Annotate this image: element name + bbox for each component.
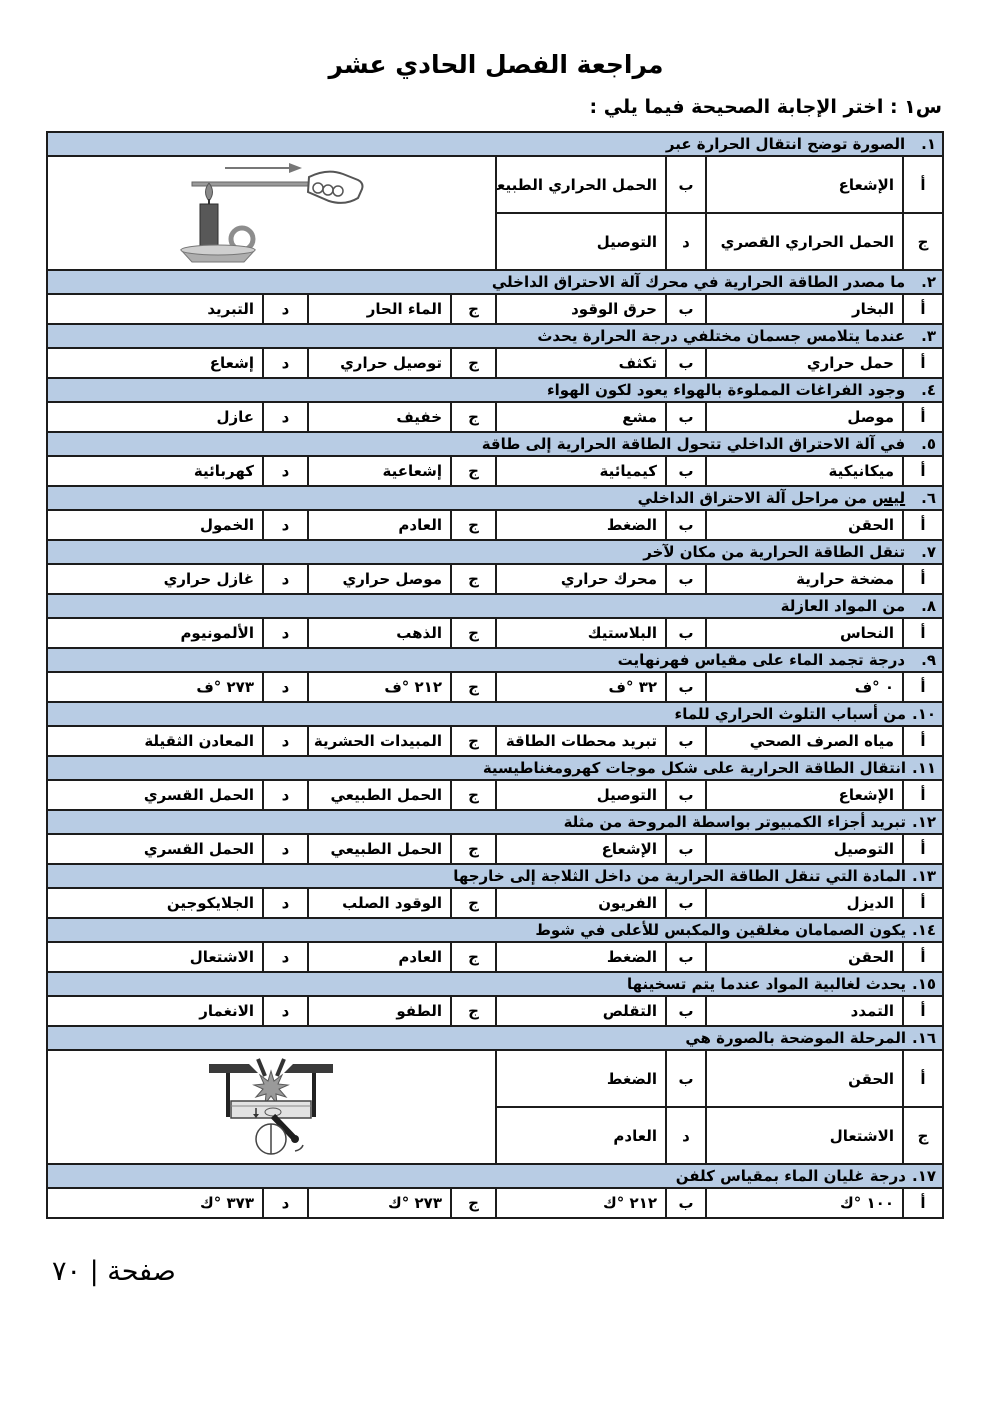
question-text: ما مصدر الطاقة الحرارية في محرك آلة الاح… <box>492 273 905 291</box>
option-text: ٣٧٣ °ك <box>47 1188 263 1218</box>
option-text: المبيدات الحشرية <box>308 726 451 756</box>
option-text: التقلص <box>496 996 666 1026</box>
option-text: الطفو <box>308 996 451 1026</box>
option-text: العادم <box>308 510 451 540</box>
option-text: التوصيل <box>706 834 903 864</box>
options-row: أالتوصيلبالإشعاعجالحمل الطبيعيدالحمل الق… <box>47 834 943 864</box>
option-letter: ب <box>666 888 706 918</box>
question-header-row: ٢.ما مصدر الطاقة الحرارية في محرك آلة ال… <box>47 270 943 294</box>
page-title: مراجعة الفصل الحادي عشر <box>0 50 992 79</box>
option-text: الوقود الصلب <box>308 888 451 918</box>
option-letter: أ <box>903 618 943 648</box>
options-row: أالنحاسبالبلاستيكجالذهبدالألمونيوم <box>47 618 943 648</box>
option-letter: ب <box>666 1050 706 1107</box>
question-header-row: ٨.من المواد العازلة <box>47 594 943 618</box>
option-text: الإشعاع <box>706 156 903 213</box>
question-header: ١٢.تبريد أجزاء الكمبيوتر بواسطة المروحة … <box>47 810 943 834</box>
option-text: الذهب <box>308 618 451 648</box>
question-text: يحدث لغالبية المواد عندما يتم تسخينها <box>627 975 906 993</box>
option-text: الضغط <box>496 510 666 540</box>
option-text: كيميائية <box>496 456 666 486</box>
option-text: ٣٢ °ف <box>496 672 666 702</box>
option-letter: ب <box>666 456 706 486</box>
option-text: العادم <box>308 942 451 972</box>
option-text: ٢١٢ °ك <box>496 1188 666 1218</box>
question-number: ١٣. <box>912 867 936 885</box>
options-row: أالتمددبالتقلصجالطفودالانغمار <box>47 996 943 1026</box>
option-text: البلاستيك <box>496 618 666 648</box>
question-instruction: س١ : اختر الإجابة الصحيحة فيما يلي : <box>590 96 942 118</box>
question-text: في آلة الاحتراق الداخلي تتحول الطاقة الح… <box>482 435 905 453</box>
option-text: ٢١٢ °ف <box>308 672 451 702</box>
option-letter: د <box>263 780 308 810</box>
option-letter: أ <box>903 996 943 1026</box>
option-text: الحمل القسري <box>47 780 263 810</box>
options-row: أالحقنبالضغطجالعادمدالاشتعال <box>47 942 943 972</box>
options-row: أمياه الصرف الصحيبتبريد محطات الطاقةجالم… <box>47 726 943 756</box>
question-header-row: ٧.تنقل الطاقة الحرارية من مكان لآخر <box>47 540 943 564</box>
option-text: كهربائية <box>47 456 263 486</box>
option-letter: د <box>263 672 308 702</box>
question-header: ٧.تنقل الطاقة الحرارية من مكان لآخر <box>47 540 943 564</box>
option-letter: ج <box>451 348 496 378</box>
option-text: تكثف <box>496 348 666 378</box>
option-letter: أ <box>903 402 943 432</box>
option-letter: ب <box>666 726 706 756</box>
option-text: الانغمار <box>47 996 263 1026</box>
options-row: أالبخاربحرق الوقودجالماء الحاردالتبريد <box>47 294 943 324</box>
option-text: الاشتعال <box>706 1107 903 1164</box>
question-number: ٤. <box>921 381 936 399</box>
question-header: ١٧.درجة غليان الماء بمقياس كلفن <box>47 1164 943 1188</box>
document-page: مراجعة الفصل الحادي عشر س١ : اختر الإجاب… <box>0 0 992 1403</box>
question-header-row: ٤.وجود الفراغات المملوءة بالهواء يعود لك… <box>47 378 943 402</box>
option-text: مشع <box>496 402 666 432</box>
question-number: ١٠. <box>912 705 936 723</box>
option-text: البخار <box>706 294 903 324</box>
option-letter: ب <box>666 510 706 540</box>
question-header: ١٣.المادة التي تنقل الطاقة الحرارية من د… <box>47 864 943 888</box>
option-letter: د <box>263 1188 308 1218</box>
question-underlined-word: ليس <box>872 489 905 507</box>
option-letter: ب <box>666 780 706 810</box>
option-text: الحمل الحراري الطبيعي <box>496 156 666 213</box>
option-text: الضغط <box>496 1050 666 1107</box>
option-letter: ب <box>666 564 706 594</box>
question-header-row: ١٣.المادة التي تنقل الطاقة الحرارية من د… <box>47 864 943 888</box>
candle-rod-hand-image <box>179 159 364 263</box>
question-number: ١٤. <box>912 921 936 939</box>
option-text: الحمل القسري <box>47 834 263 864</box>
question-header-row: ١٧.درجة غليان الماء بمقياس كلفن <box>47 1164 943 1188</box>
question-header: ١.الصورة توضح انتقال الحرارة عبر <box>47 132 943 156</box>
question-number: ٩. <box>921 651 936 669</box>
option-text: النحاس <box>706 618 903 648</box>
option-letter: د <box>263 564 308 594</box>
option-text: مضخة حرارية <box>706 564 903 594</box>
option-text: ٢٧٣ °ك <box>308 1188 451 1218</box>
options-row: أحمل حراريبتكثفجتوصيل حراريدإشعاع <box>47 348 943 378</box>
question-number: ١. <box>921 135 936 153</box>
option-letter: ج <box>451 726 496 756</box>
option-text: الديزل <box>706 888 903 918</box>
option-letter: ج <box>451 996 496 1026</box>
question-header-row: ١٤.يكون الصمامان مغلقين والمكبس للأعلى ف… <box>47 918 943 942</box>
option-letter: ب <box>666 618 706 648</box>
option-text: الإشعاع <box>706 780 903 810</box>
option-text: الحقن <box>706 1050 903 1107</box>
option-text: غازل حراري <box>47 564 263 594</box>
question-text: المادة التي تنقل الطاقة الحرارية من داخل… <box>453 867 906 885</box>
option-letter: ب <box>666 834 706 864</box>
options-row: أالديزلبالفريونجالوقود الصلبدالجلايكوجين <box>47 888 943 918</box>
questions-table-body: ١.الصورة توضح انتقال الحرارة عبرأالإشعاع… <box>47 132 943 1218</box>
question-number: ٣. <box>921 327 936 345</box>
option-letter: ج <box>451 1188 496 1218</box>
options-row: أالإشعاعبالتوصيلجالحمل الطبيعيدالحمل الق… <box>47 780 943 810</box>
option-letter: د <box>263 402 308 432</box>
question-text: وجود الفراغات المملوءة بالهواء يعود لكون… <box>547 381 905 399</box>
option-letter: ج <box>451 834 496 864</box>
option-text: ٢٧٣ °ف <box>47 672 263 702</box>
question-header: ١٤.يكون الصمامان مغلقين والمكبس للأعلى ف… <box>47 918 943 942</box>
question-text: درجة تجمد الماء على مقياس فهرنهايت <box>618 651 905 669</box>
question-text: من أسباب التلوث الحراري للماء <box>675 705 906 723</box>
option-letter: ب <box>666 672 706 702</box>
question-header: ٥.في آلة الاحتراق الداخلي تتحول الطاقة ا… <box>47 432 943 456</box>
question-number: ١٢. <box>912 813 936 831</box>
question-text: تنقل الطاقة الحرارية من مكان لآخر <box>643 543 905 561</box>
option-text: التمدد <box>706 996 903 1026</box>
option-letter: ج <box>451 888 496 918</box>
option-letter: أ <box>903 1188 943 1218</box>
option-text: الضغط <box>496 942 666 972</box>
option-text: ميكانيكية <box>706 456 903 486</box>
option-text: الحقن <box>706 942 903 972</box>
option-letter: د <box>263 834 308 864</box>
option-text: محرك حراري <box>496 564 666 594</box>
question-text: يكون الصمامان مغلقين والمكبس للأعلى في ش… <box>535 921 906 939</box>
option-letter: ب <box>666 942 706 972</box>
question-header: ٤.وجود الفراغات المملوءة بالهواء يعود لك… <box>47 378 943 402</box>
question-text: من المواد العازلة <box>781 597 906 615</box>
question-image-cell <box>47 1050 496 1164</box>
option-letter: أ <box>903 672 943 702</box>
question-text: انتقال الطاقة الحرارية على شكل موجات كهر… <box>483 759 906 777</box>
question-number: ١٦. <box>912 1029 936 1047</box>
engine-combustion-image <box>208 1055 334 1155</box>
option-text: خفيف <box>308 402 451 432</box>
question-header: ٢.ما مصدر الطاقة الحرارية في محرك آلة ال… <box>47 270 943 294</box>
option-text: الجلايكوجين <box>47 888 263 918</box>
questions-table: ١.الصورة توضح انتقال الحرارة عبرأالإشعاع… <box>46 131 944 1219</box>
options-row: أموصلبمشعجخفيفدعازل <box>47 402 943 432</box>
option-text: تبريد محطات الطاقة <box>496 726 666 756</box>
question-header: ١١.انتقال الطاقة الحرارية على شكل موجات … <box>47 756 943 780</box>
question-text: تبريد أجزاء الكمبيوتر بواسطة المروحة من … <box>564 813 906 831</box>
option-letter: د <box>263 510 308 540</box>
option-letter: د <box>263 726 308 756</box>
question-header-row: ٥.في آلة الاحتراق الداخلي تتحول الطاقة ا… <box>47 432 943 456</box>
option-letter: ج <box>451 456 496 486</box>
question-header: ١٦.المرحلة الموضحة بالصورة هي <box>47 1026 943 1050</box>
question-number: ١٧. <box>912 1167 936 1185</box>
question-header-row: ٦.ليس من مراحل آلة الاحتراق الداخلي <box>47 486 943 510</box>
question-header: ١٥.يحدث لغالبية المواد عندما يتم تسخينها <box>47 972 943 996</box>
option-letter: ج <box>451 402 496 432</box>
question-number: ٧. <box>921 543 936 561</box>
option-text: الحمل الطبيعي <box>308 780 451 810</box>
options-row: أميكانيكيةبكيميائيةجإشعاعيةدكهربائية <box>47 456 943 486</box>
option-text: ٠ °ف <box>706 672 903 702</box>
question-number: ٨. <box>921 597 936 615</box>
question-header-row: ٣.عندما يتلامس جسمان مختلفي درجة الحرارة… <box>47 324 943 348</box>
option-letter: ج <box>451 294 496 324</box>
option-letter: د <box>263 618 308 648</box>
option-letter: ج <box>451 510 496 540</box>
question-text: عندما يتلامس جسمان مختلفي درجة الحرارة ي… <box>537 327 905 345</box>
question-header: ١٠.من أسباب التلوث الحراري للماء <box>47 702 943 726</box>
option-letter: ج <box>903 213 943 270</box>
question-number: ٢. <box>921 273 936 291</box>
option-letter: أ <box>903 564 943 594</box>
option-letter: أ <box>903 348 943 378</box>
question-text: من مراحل آلة الاحتراق الداخلي <box>638 489 867 507</box>
question-header-row: ١٠.من أسباب التلوث الحراري للماء <box>47 702 943 726</box>
question-header: ٣.عندما يتلامس جسمان مختلفي درجة الحرارة… <box>47 324 943 348</box>
option-text: إشعاع <box>47 348 263 378</box>
option-text: التوصيل <box>496 213 666 270</box>
option-letter: أ <box>903 942 943 972</box>
option-text: ١٠٠ °ك <box>706 1188 903 1218</box>
option-letter: د <box>263 942 308 972</box>
option-text: الماء الحار <box>308 294 451 324</box>
options-row: أالحقنبالضغطجالعادمدالخمول <box>47 510 943 540</box>
option-text: الخمول <box>47 510 263 540</box>
option-text: الحقن <box>706 510 903 540</box>
option-text: عازل <box>47 402 263 432</box>
option-text: الحمل الحراري القصري <box>706 213 903 270</box>
option-text: موصل حراري <box>308 564 451 594</box>
option-letter: ب <box>666 996 706 1026</box>
question-header-row: ١١.انتقال الطاقة الحرارية على شكل موجات … <box>47 756 943 780</box>
option-letter: د <box>263 996 308 1026</box>
option-letter: د <box>666 1107 706 1164</box>
option-text: العادم <box>496 1107 666 1164</box>
option-letter: ب <box>666 156 706 213</box>
page-number: صفحة | ٧٠ <box>52 1256 176 1287</box>
question-number: ٥. <box>921 435 936 453</box>
option-letter: أ <box>903 1050 943 1107</box>
option-letter: ج <box>903 1107 943 1164</box>
question-text: الصورة توضح انتقال الحرارة عبر <box>666 135 905 153</box>
question-number: ١١. <box>912 759 936 777</box>
question-header: ٨.من المواد العازلة <box>47 594 943 618</box>
option-text: الاشتعال <box>47 942 263 972</box>
option-text: الألمونيوم <box>47 618 263 648</box>
question-text: درجة غليان الماء بمقياس كلفن <box>676 1167 906 1185</box>
option-text: التوصيل <box>496 780 666 810</box>
option-letter: أ <box>903 834 943 864</box>
option-letter: أ <box>903 456 943 486</box>
question-header: ٩.درجة تجمد الماء على مقياس فهرنهايت <box>47 648 943 672</box>
option-letter: ب <box>666 348 706 378</box>
option-text: توصيل حراري <box>308 348 451 378</box>
option-text: حرق الوقود <box>496 294 666 324</box>
question-image-cell <box>47 156 496 270</box>
option-letter: ج <box>451 942 496 972</box>
question-header: ٦.ليس من مراحل آلة الاحتراق الداخلي <box>47 486 943 510</box>
option-letter: أ <box>903 156 943 213</box>
question-header-row: ١.الصورة توضح انتقال الحرارة عبر <box>47 132 943 156</box>
option-letter: أ <box>903 294 943 324</box>
option-letter: أ <box>903 726 943 756</box>
option-letter: د <box>263 294 308 324</box>
option-letter: ج <box>451 618 496 648</box>
option-letter: د <box>666 213 706 270</box>
option-letter: أ <box>903 510 943 540</box>
question-header-row: ١٦.المرحلة الموضحة بالصورة هي <box>47 1026 943 1050</box>
question-header-row: ١٥.يحدث لغالبية المواد عندما يتم تسخينها <box>47 972 943 996</box>
option-letter: د <box>263 888 308 918</box>
option-text: إشعاعية <box>308 456 451 486</box>
option-letter: أ <box>903 780 943 810</box>
question-number: ٦. <box>921 489 936 507</box>
option-letter: د <box>263 456 308 486</box>
option-letter: ج <box>451 672 496 702</box>
option-text: المعادن الثقيلة <box>47 726 263 756</box>
options-row: أمضخة حراريةبمحرك حراريجموصل حراريدغازل … <box>47 564 943 594</box>
option-letter: ج <box>451 564 496 594</box>
option-text: الإشعاع <box>496 834 666 864</box>
option-text: مياه الصرف الصحي <box>706 726 903 756</box>
option-letter: أ <box>903 888 943 918</box>
option-text: التبريد <box>47 294 263 324</box>
option-text: الفريون <box>496 888 666 918</box>
options-row: أ١٠٠ °كب٢١٢ °كج٢٧٣ °كد٣٧٣ °ك <box>47 1188 943 1218</box>
option-letter: ب <box>666 294 706 324</box>
question-text: المرحلة الموضحة بالصورة هي <box>685 1029 906 1047</box>
option-letter: ج <box>451 780 496 810</box>
options-row: أالإشعاعبالحمل الحراري الطبيعي <box>47 156 943 213</box>
option-letter: ب <box>666 1188 706 1218</box>
options-row: أ٠ °فب٣٢ °فج٢١٢ °فد٢٧٣ °ف <box>47 672 943 702</box>
option-text: حمل حراري <box>706 348 903 378</box>
question-header-row: ٩.درجة تجمد الماء على مقياس فهرنهايت <box>47 648 943 672</box>
option-letter: ب <box>666 402 706 432</box>
question-number: ١٥. <box>912 975 936 993</box>
options-row: أالحقنبالضغط <box>47 1050 943 1107</box>
question-header-row: ١٢.تبريد أجزاء الكمبيوتر بواسطة المروحة … <box>47 810 943 834</box>
option-text: موصل <box>706 402 903 432</box>
option-text: الحمل الطبيعي <box>308 834 451 864</box>
option-letter: د <box>263 348 308 378</box>
